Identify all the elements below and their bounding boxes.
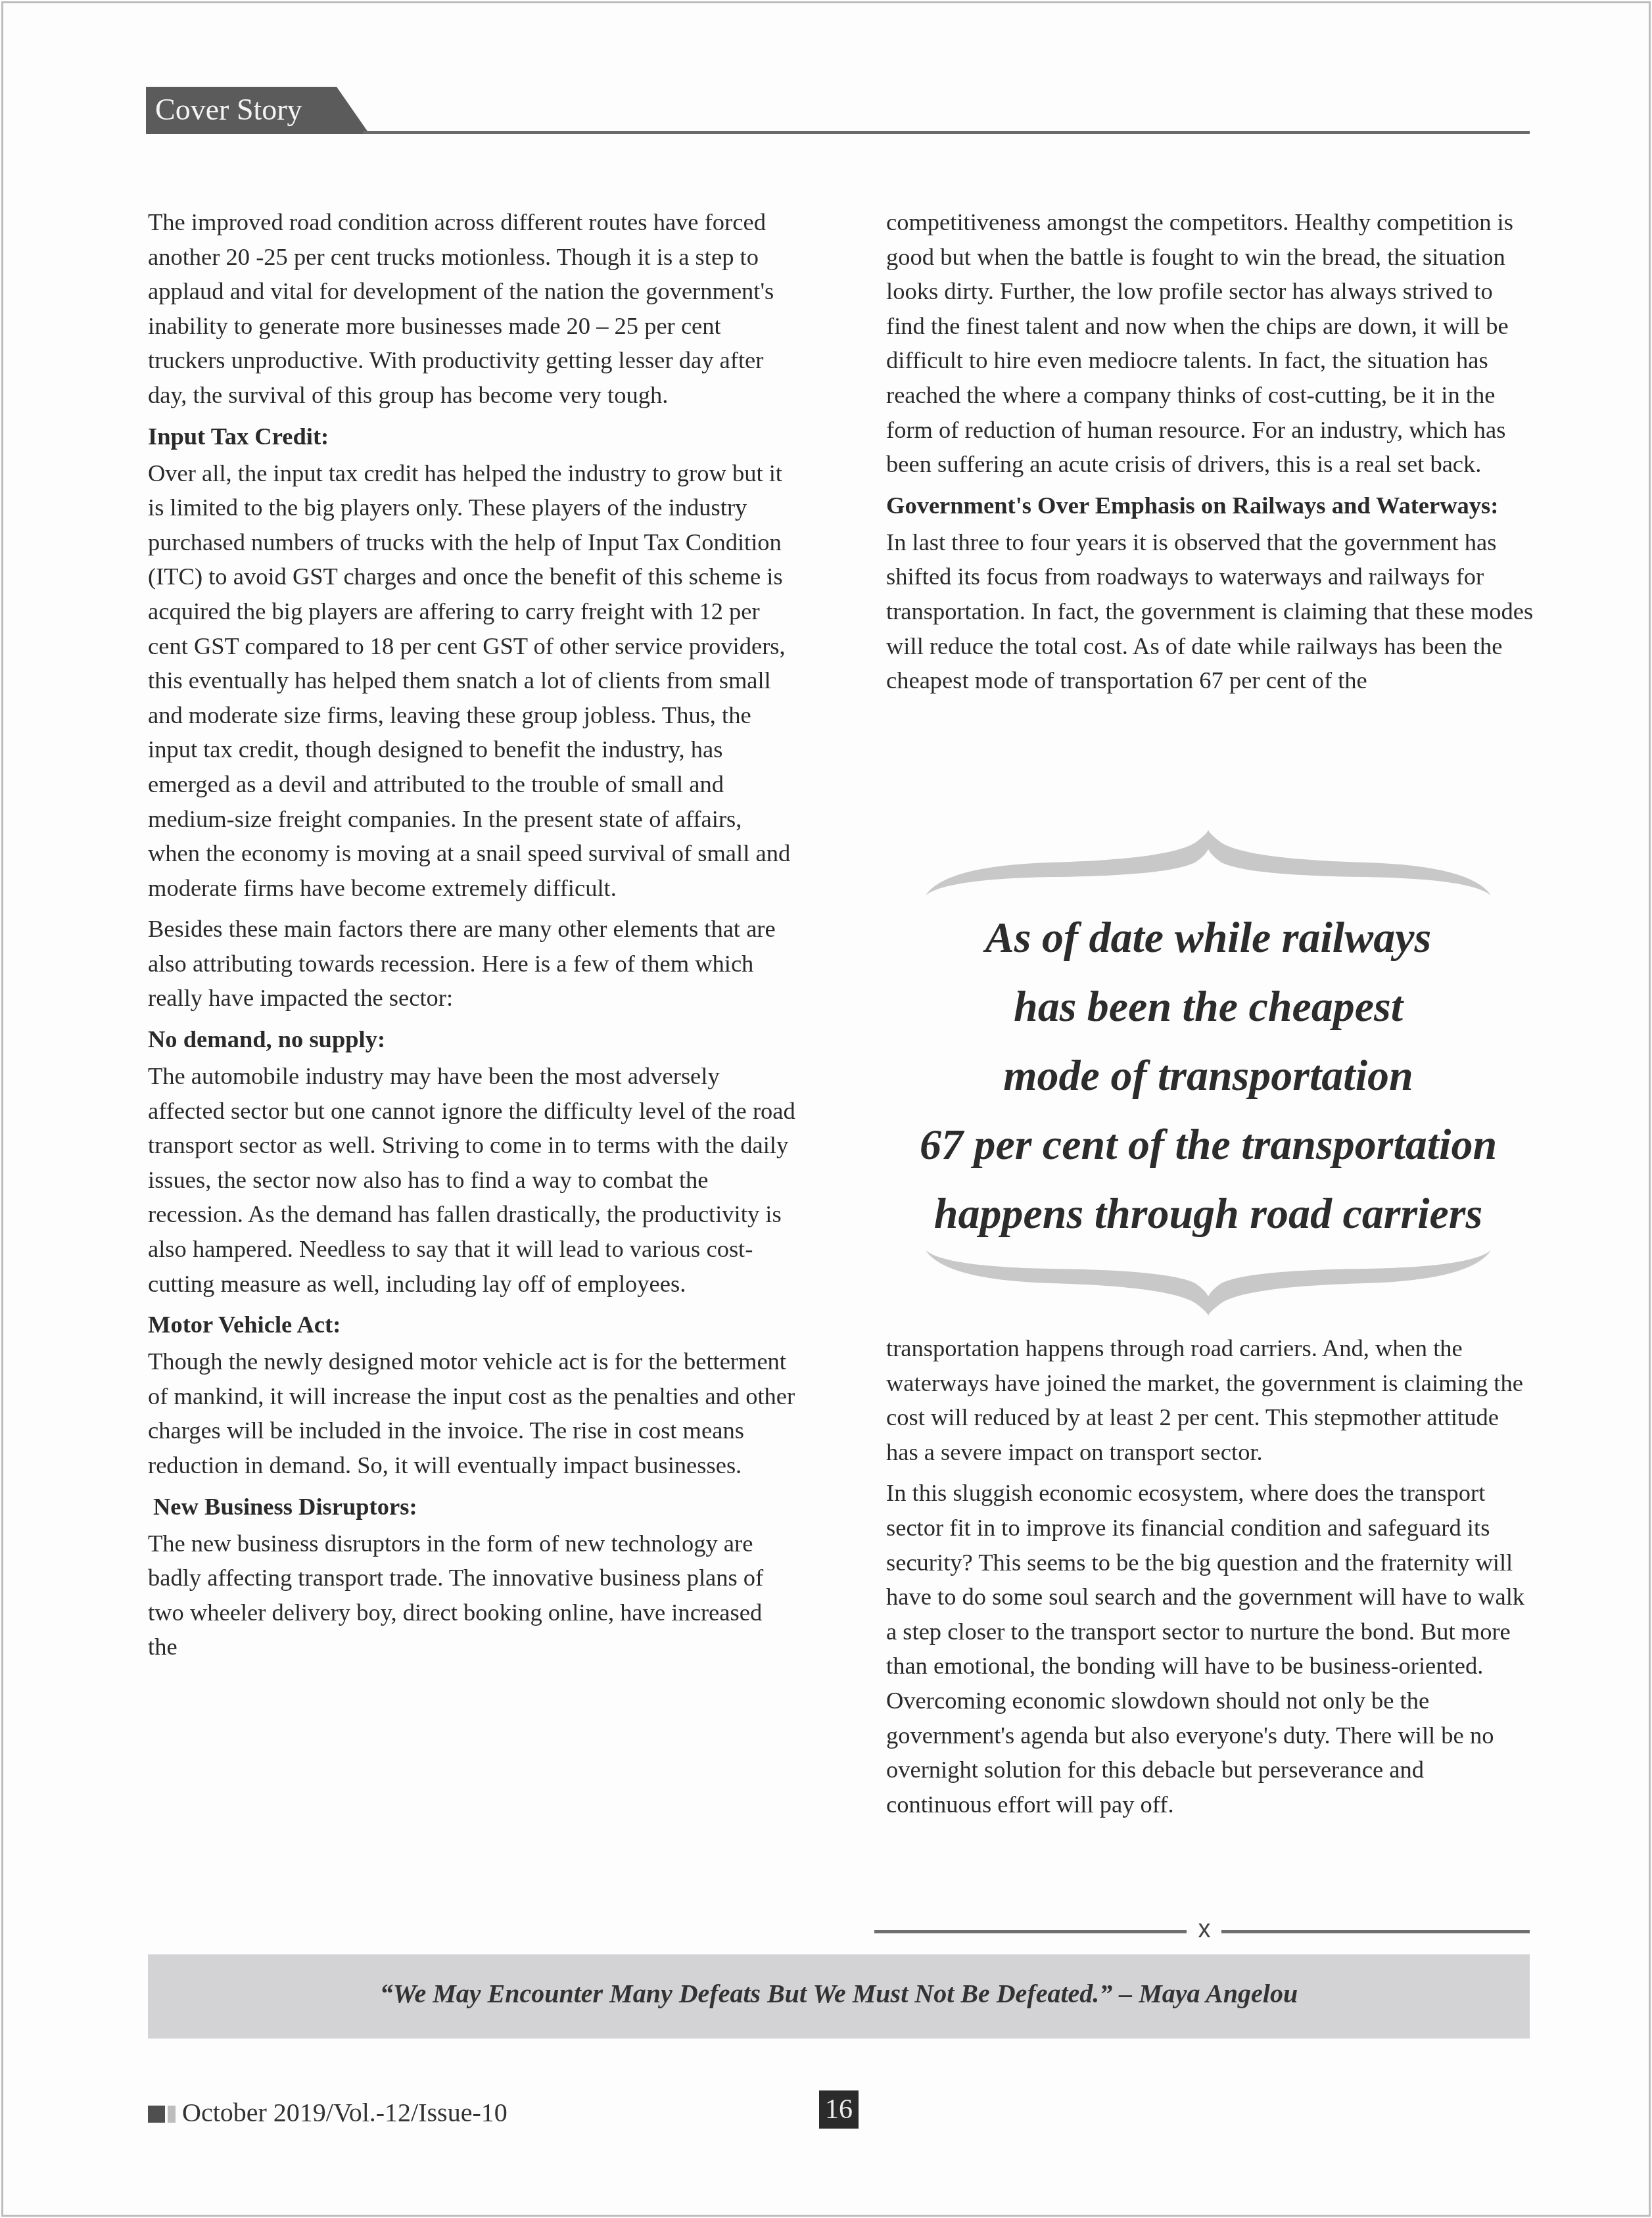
quote-banner-text: “We May Encounter Many Defeats But We Mu… — [148, 1978, 1530, 2009]
pull-quote-line: has been the cheapest — [919, 972, 1498, 1041]
right-column-top: competitiveness amongst the competitors.… — [886, 205, 1534, 705]
header-rule — [363, 131, 1530, 134]
paragraph: In last three to four years it is observ… — [886, 525, 1534, 698]
intro-paragraph: The improved road condition across diffe… — [148, 205, 795, 413]
pull-quote-line: 67 per cent of the transportation — [919, 1110, 1498, 1179]
paragraph: Over all, the input tax credit has helpe… — [148, 456, 795, 906]
paragraph: The automobile industry may have been th… — [148, 1059, 795, 1301]
heading-government-over-emphasis: Government's Over Emphasis on Railways a… — [886, 488, 1534, 523]
heading-new-business-disruptors: New Business Disruptors: — [148, 1490, 795, 1524]
top-bracket-ornament-icon — [919, 830, 1498, 908]
pull-quote-line: As of date while railways — [919, 903, 1498, 972]
heading-input-tax-credit: Input Tax Credit: — [148, 419, 795, 454]
quote-banner: “We May Encounter Many Defeats But We Mu… — [148, 1954, 1530, 2039]
bottom-bracket-ornament-icon — [919, 1237, 1498, 1316]
pull-quote-line: mode of transportation — [919, 1041, 1498, 1110]
divider-line — [1221, 1930, 1530, 1933]
left-column: The improved road condition across diffe… — [148, 205, 795, 1671]
end-mark: x — [1189, 1916, 1220, 1944]
heading-motor-vehicle-act: Motor Vehicle Act: — [148, 1308, 795, 1342]
square-marker-icon — [148, 2106, 165, 2123]
divider-line — [874, 1930, 1187, 1933]
pull-quote: As of date while railways has been the c… — [919, 830, 1498, 1316]
paragraph: Besides these main factors there are man… — [148, 912, 795, 1016]
paragraph: transportation happens through road carr… — [886, 1331, 1534, 1469]
end-of-article-divider: x — [874, 1918, 1530, 1945]
pull-quote-text: As of date while railways has been the c… — [919, 903, 1498, 1248]
section-label: Cover Story — [155, 92, 302, 127]
page-number: 16 — [819, 2090, 859, 2129]
square-marker-light-icon — [168, 2106, 176, 2123]
paragraph: competitiveness amongst the competitors.… — [886, 205, 1534, 482]
section-tab: Cover Story — [146, 87, 369, 134]
issue-info-text: October 2019/Vol.-12/Issue-10 — [182, 2098, 507, 2127]
footer-issue-info: October 2019/Vol.-12/Issue-10 — [148, 2097, 507, 2128]
paragraph: The new business disruptors in the form … — [148, 1526, 795, 1664]
paragraph: In this sluggish economic ecosystem, whe… — [886, 1476, 1534, 1822]
paragraph: Though the newly designed motor vehicle … — [148, 1344, 795, 1482]
heading-no-demand-no-supply: No demand, no supply: — [148, 1022, 795, 1056]
right-column-bottom: transportation happens through road carr… — [886, 1331, 1534, 1828]
